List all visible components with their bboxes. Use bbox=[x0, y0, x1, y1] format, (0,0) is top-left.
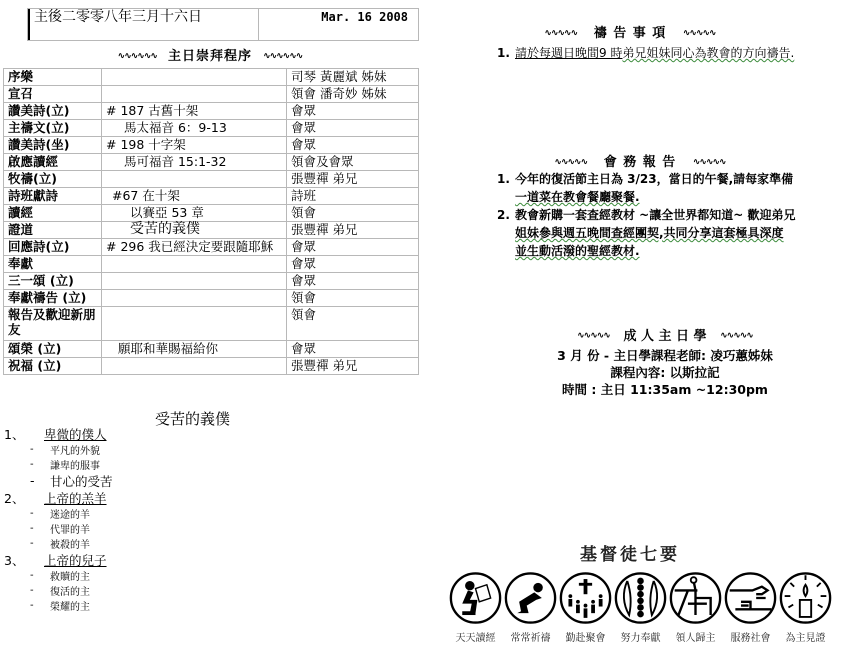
program-person: 會眾 bbox=[287, 341, 419, 358]
seven-essentials-icons: 天天讀經 常常祈禱 勤赴聚會 努力奉獻 領人歸主 服務社會 為主見證 bbox=[448, 570, 833, 644]
prayer-title: ∿∿∿∿∿ 禱 告 事 項 ∿∿∿∿∿ bbox=[510, 22, 750, 41]
program-item: 證道 bbox=[4, 222, 102, 239]
point-title: 上帝的羔羊 bbox=[44, 489, 107, 507]
program-item: 頌榮 (立) bbox=[4, 341, 102, 358]
program-row: 宣召領會 潘奇妙 姊妹 bbox=[4, 86, 419, 103]
program-person: 會眾 bbox=[287, 273, 419, 290]
program-detail: # 187 古舊十架 bbox=[102, 103, 287, 120]
program-row: 證道受苦的義僕張豐禪 弟兄 bbox=[4, 222, 419, 239]
program-detail bbox=[102, 307, 287, 341]
worship-program-table: 序樂司琴 黃麗斌 姊妹宣召領會 潘奇妙 姊妹讚美詩(立)# 187 古舊十架會眾… bbox=[3, 68, 419, 375]
program-person: 詩班 bbox=[287, 188, 419, 205]
sunday-school-time: 時間 : 主日 11:35am ~12:30pm bbox=[500, 381, 830, 398]
program-row: 頌榮 (立)願耶和華賜福給你會眾 bbox=[4, 341, 419, 358]
subpoint-text: 榮耀的主 bbox=[50, 598, 90, 613]
program-item: 序樂 bbox=[4, 69, 102, 86]
program-item: 奉獻禱告 (立) bbox=[4, 290, 102, 307]
ornament-right: ∿∿∿∿∿∿ bbox=[263, 52, 302, 62]
program-person: 領會 潘奇妙 姊妹 bbox=[287, 86, 419, 103]
program-person: 張豐禪 弟兄 bbox=[287, 222, 419, 239]
program-item: 牧禱(立) bbox=[4, 171, 102, 188]
program-row: 祝福 (立)張豐禪 弟兄 bbox=[4, 358, 419, 375]
point-number: 1、 bbox=[4, 425, 44, 443]
program-detail bbox=[102, 290, 287, 307]
seven-essentials-title: 基督徒七要 bbox=[580, 540, 680, 565]
program-item: 主禱文(立) bbox=[4, 120, 102, 137]
subpoint-text: 被殺的羊 bbox=[50, 536, 90, 551]
church-news-title: ∿∿∿∿∿ 會 務 報 告 ∿∿∿∿∿ bbox=[520, 151, 760, 170]
program-detail: 願耶和華賜福給你 bbox=[102, 341, 287, 358]
program-row: 讀經以賽亞 53 章領會 bbox=[4, 205, 419, 222]
outline-subpoint: -榮耀的主 bbox=[4, 598, 254, 613]
sunday-school-content: 課程內容: 以斯拉記 bbox=[500, 364, 830, 381]
point-number: 3、 bbox=[4, 551, 44, 569]
program-item: 回應詩(立) bbox=[4, 239, 102, 256]
program-person: 領會 bbox=[287, 290, 419, 307]
point-title: 上帝的兒子 bbox=[44, 551, 107, 569]
program-row: 三一頌 (立)會眾 bbox=[4, 273, 419, 290]
outline-subpoint: -平凡的外貌 bbox=[4, 442, 254, 457]
program-item: 奉獻 bbox=[4, 256, 102, 273]
program-person: 張豐禪 弟兄 bbox=[287, 171, 419, 188]
outline-point: 3、上帝的兒子 bbox=[4, 551, 254, 568]
offering-icon bbox=[614, 570, 667, 626]
program-detail: 馬可福音 15:1-32 bbox=[102, 154, 287, 171]
program-person: 會眾 bbox=[287, 120, 419, 137]
serving-icon bbox=[724, 570, 777, 626]
program-row: 啟應讀經馬可福音 15:1-32領會及會眾 bbox=[4, 154, 419, 171]
date-english: Mar. 16 2008 bbox=[259, 9, 418, 40]
program-detail: 受苦的義僕 bbox=[102, 222, 287, 239]
program-person: 會眾 bbox=[287, 256, 419, 273]
subpoint-text: 救贖的主 bbox=[50, 568, 90, 583]
candle-icon bbox=[779, 570, 832, 626]
program-row: 主禱文(立)馬太福音 6：9-13會眾 bbox=[4, 120, 419, 137]
outline-subpoint: -迷途的羊 bbox=[4, 506, 254, 521]
essential-witness: 為主見證 bbox=[778, 570, 833, 644]
program-item: 讀經 bbox=[4, 205, 102, 222]
prayer-list: 1. 請於每週日晚間9 時弟兄姐妹同心為教會的方向禱告. bbox=[497, 44, 837, 62]
church-news-list: 1. 今年的復活節主日為 3/23，當日的午餐,請每家準備一道菜在教會餐廳聚餐.… bbox=[497, 170, 842, 260]
subpoint-text: 謙卑的服事 bbox=[50, 457, 100, 472]
outline-subpoint: -復活的主 bbox=[4, 583, 254, 598]
ornament-left: ∿∿∿∿∿∿ bbox=[118, 52, 157, 62]
program-person: 領會 bbox=[287, 307, 419, 341]
program-row: 序樂司琴 黃麗斌 姊妹 bbox=[4, 69, 419, 86]
program-detail: 馬太福音 6：9-13 bbox=[102, 120, 287, 137]
program-item: 祝福 (立) bbox=[4, 358, 102, 375]
bulletin-header: 主後二零零八年三月十六日 Mar. 16 2008 bbox=[27, 8, 419, 41]
program-person: 會眾 bbox=[287, 239, 419, 256]
worship-title: ∿∿∿∿∿∿ 主日崇拜程序 ∿∿∿∿∿∿ bbox=[75, 45, 345, 64]
program-detail bbox=[102, 69, 287, 86]
outline-subpoint: -甘心的受苦 bbox=[4, 472, 254, 489]
program-detail bbox=[102, 358, 287, 375]
essential-pray: 常常祈禱 bbox=[503, 570, 558, 644]
program-person: 會眾 bbox=[287, 137, 419, 154]
outline-subpoint: -代罪的羊 bbox=[4, 521, 254, 536]
program-person: 領會 bbox=[287, 205, 419, 222]
essential-evangelism: 領人歸主 bbox=[668, 570, 723, 644]
program-row: 牧禱(立)張豐禪 弟兄 bbox=[4, 171, 419, 188]
subpoint-text: 迷途的羊 bbox=[50, 506, 90, 521]
program-person: 張豐禪 弟兄 bbox=[287, 358, 419, 375]
program-detail bbox=[102, 256, 287, 273]
point-title: 卑微的僕人 bbox=[44, 425, 107, 443]
program-detail bbox=[102, 86, 287, 103]
program-item: 三一頌 (立) bbox=[4, 273, 102, 290]
program-person: 領會及會眾 bbox=[287, 154, 419, 171]
evangelism-icon bbox=[669, 570, 722, 626]
outline-subpoint: -救贖的主 bbox=[4, 568, 254, 583]
sunday-school-title: ∿∿∿∿∿ 成 人 主 日 學 ∿∿∿∿∿ bbox=[500, 328, 830, 345]
program-detail bbox=[102, 171, 287, 188]
program-row: 讚美詩(坐)# 198 十字架會眾 bbox=[4, 137, 419, 154]
praying-icon bbox=[504, 570, 557, 626]
essential-service: 服務社會 bbox=[723, 570, 778, 644]
program-person: 司琴 黃麗斌 姊妹 bbox=[287, 69, 419, 86]
news-item: 1. 今年的復活節主日為 3/23，當日的午餐,請每家準備一道菜在教會餐廳聚餐. bbox=[497, 170, 842, 206]
program-row: 詩班獻詩#67 在十架詩班 bbox=[4, 188, 419, 205]
outline-point: 2、上帝的羔羊 bbox=[4, 489, 254, 506]
essential-gathering: 勤赴聚會 bbox=[558, 570, 613, 644]
program-item: 宣召 bbox=[4, 86, 102, 103]
program-item: 讚美詩(立) bbox=[4, 103, 102, 120]
essential-offering: 努力奉獻 bbox=[613, 570, 668, 644]
program-detail: # 296 我已經決定要跟隨耶穌 bbox=[102, 239, 287, 256]
program-detail: #67 在十架 bbox=[102, 188, 287, 205]
reading-bible-icon bbox=[449, 570, 502, 626]
program-item: 讚美詩(坐) bbox=[4, 137, 102, 154]
sunday-school-teacher: 3 月 份 - 主日學課程老師: 凌巧蕙姊妹 bbox=[500, 347, 830, 364]
program-item: 啟應讀經 bbox=[4, 154, 102, 171]
news-item: 2. 教會新購一套查經教材 ~讓全世界都知道~ 歡迎弟兄姐妹參與週五晚間查經團契… bbox=[497, 206, 842, 260]
prayer-item: 1. 請於每週日晚間9 時弟兄姐妹同心為教會的方向禱告. bbox=[497, 44, 837, 62]
point-number: 2、 bbox=[4, 489, 44, 507]
program-row: 報告及歡迎新朋友領會 bbox=[4, 307, 419, 341]
program-detail bbox=[102, 273, 287, 290]
sermon-outline: 1、卑微的僕人-平凡的外貌-謙卑的服事-甘心的受苦2、上帝的羔羊-迷途的羊-代罪… bbox=[4, 425, 254, 613]
gathering-icon bbox=[559, 570, 612, 626]
date-chinese: 主後二零零八年三月十六日 bbox=[28, 9, 259, 40]
program-row: 回應詩(立)# 296 我已經決定要跟隨耶穌會眾 bbox=[4, 239, 419, 256]
program-row: 讚美詩(立)# 187 古舊十架會眾 bbox=[4, 103, 419, 120]
program-item: 詩班獻詩 bbox=[4, 188, 102, 205]
program-row: 奉獻禱告 (立)領會 bbox=[4, 290, 419, 307]
outline-subpoint: -被殺的羊 bbox=[4, 536, 254, 551]
program-person: 會眾 bbox=[287, 103, 419, 120]
program-detail: # 198 十字架 bbox=[102, 137, 287, 154]
essential-read-bible: 天天讀經 bbox=[448, 570, 503, 644]
program-detail: 以賽亞 53 章 bbox=[102, 205, 287, 222]
program-item: 報告及歡迎新朋友 bbox=[4, 307, 102, 341]
outline-point: 1、卑微的僕人 bbox=[4, 425, 254, 442]
subpoint-text: 代罪的羊 bbox=[50, 521, 90, 536]
sunday-school-section: ∿∿∿∿∿ 成 人 主 日 學 ∿∿∿∿∿ 3 月 份 - 主日學課程老師: 凌… bbox=[500, 328, 830, 398]
outline-subpoint: -謙卑的服事 bbox=[4, 457, 254, 472]
subpoint-text: 平凡的外貌 bbox=[50, 442, 100, 457]
subpoint-text: 復活的主 bbox=[50, 583, 90, 598]
subpoint-text: 甘心的受苦 bbox=[50, 472, 113, 490]
program-row: 奉獻會眾 bbox=[4, 256, 419, 273]
